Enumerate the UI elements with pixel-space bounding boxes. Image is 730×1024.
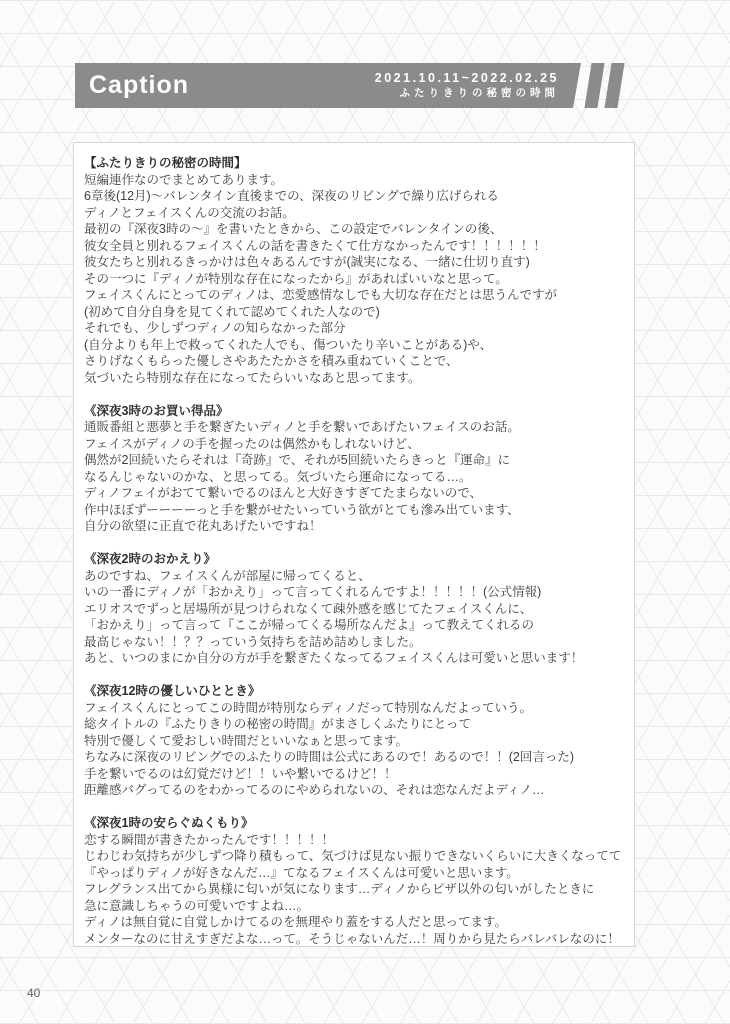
text-line: 通販番組と悪夢と手を繋ぎたいディノと手を繋いであげたいフェイスのお話。: [84, 419, 630, 436]
text-line: さりげなくもらった優しさやあたたかさを積み重ねていくことで、: [84, 353, 630, 370]
page-title: Caption: [75, 71, 189, 100]
text-line: 彼女たちと別れるきっかけは色々あるんですが(誠実になる、一緒に仕切り直す): [84, 254, 630, 271]
header-band-bar: Caption 2021.10.11~2022.02.25 ふたりきりの秘密の時…: [75, 63, 581, 108]
header-meta: 2021.10.11~2022.02.25 ふたりきりの秘密の時間: [375, 63, 559, 108]
page-number: 40: [27, 986, 40, 1000]
text-line: メンターなのに甘えすぎだよな…って。そうじゃないんだ…！周りから見たらバレバレな…: [84, 931, 630, 948]
caption-section: 【ふたりきりの秘密の時間】短編連作なのでまとめてあります。6章後(12月)〜バレ…: [84, 155, 630, 386]
text-line: フェイスがディノの手を握ったのは偶然かもしれないけど、: [84, 436, 630, 453]
text-line: それでも、少しずつディノの知らなかった部分: [84, 320, 630, 337]
text-line: 特別で優しくて愛おしい時間だといいなぁと思ってます。: [84, 733, 630, 750]
caption-section: 《深夜1時の安らぐぬくもり》恋する瞬間が書きたかったんです！！！！！じわじわ気持…: [84, 815, 630, 947]
caption-section: 《深夜3時のお買い得品》通販番組と悪夢と手を繋ぎたいディノと手を繋いであげたいフ…: [84, 403, 630, 535]
text-line: フレグランス出てから異様に匂いが気になります…ディノからピザ以外の匂いがしたとき…: [84, 881, 630, 898]
text-line: 恋する瞬間が書きたかったんです！！！！！: [84, 832, 630, 849]
text-line: 「おかえり」って言って『ここが帰ってくる場所なんだよ』って教えてくれるの: [84, 617, 630, 634]
text-line: その一つに『ディノが特別な存在になったから』があればいいなと思って。: [84, 271, 630, 288]
text-line: 6章後(12月)〜バレンタイン直後までの、深夜のリビングで繰り広げられる: [84, 188, 630, 205]
text-line: 『やっぱりディノが好きなんだ…』てなるフェイスくんは可愛いと思います。: [84, 865, 630, 882]
text-line: フェイスくんにとってこの時間が特別ならディノだって特別なんだよっていう。: [84, 700, 630, 717]
text-line: 手を繋いでるのは幻覚だけど！！いや繋いでるけど！！: [84, 766, 630, 783]
section-heading: 【ふたりきりの秘密の時間】: [84, 155, 630, 172]
text-line: じわじわ気持ちが少しずつ降り積もって、気づけば見ない振りできないくらいに大きくな…: [84, 848, 630, 865]
caption-section: 《深夜2時のおかえり》あのですね、フェイスくんが部屋に帰ってくると、いの一番にデ…: [84, 551, 630, 667]
text-line: ディノは無自覚に自覚しかけてるのを無理やり蓋をする人だと思ってます。: [84, 914, 630, 931]
decorative-slash-stripe: [584, 63, 604, 108]
text-line: 距離感バグってるのをわかってるのにやめられないの、それは恋なんだよディノ…: [84, 782, 630, 799]
section-heading: 《深夜3時のお買い得品》: [84, 403, 630, 420]
section-heading: 《深夜1時の安らぐぬくもり》: [84, 815, 630, 832]
header-subtitle: ふたりきりの秘密の時間: [400, 86, 560, 101]
text-line: エリオスでずっと居場所が見つけられなくて疎外感を感じてたフェイスくんに、: [84, 601, 630, 618]
text-line: 気づいたら特別な存在になってたらいいなあと思ってます。: [84, 370, 630, 387]
text-line: 総タイトルの『ふたりきりの秘密の時間』がまさしくふたりにとって: [84, 716, 630, 733]
text-line: 偶然が2回続いたらそれは『奇跡』で、それが5回続いたらきっと『運命』に: [84, 452, 630, 469]
text-line: 最初の『深夜3時の〜』を書いたときから、この設定でバレンタインの後、: [84, 221, 630, 238]
decorative-slash-stripe: [604, 63, 624, 108]
text-line: ディノフェイがおてて繋いでるのほんと大好きすぎてたまらないので、: [84, 485, 630, 502]
text-line: 自分の欲望に正直で花丸あげたいですね！: [84, 518, 630, 535]
text-line: 作中ほぼずーーーーっと手を繋がせたいっていう欲がとても滲み出ています、: [84, 502, 630, 519]
text-line: 最高じゃない！！？？っていう気持ちを詰め詰めしました。: [84, 634, 630, 651]
caption-section: 《深夜12時の優しいひととき》フェイスくんにとってこの時間が特別ならディノだって…: [84, 683, 630, 799]
text-line: あのですね、フェイスくんが部屋に帰ってくると、: [84, 568, 630, 585]
text-line: (初めて自分自身を見てくれて認めてくれた人なので): [84, 304, 630, 321]
text-line: なるんじゃないのかな、と思ってる。気づいたら運命になってる…。: [84, 469, 630, 486]
page-background: Caption 2021.10.11~2022.02.25 ふたりきりの秘密の時…: [0, 0, 730, 1024]
section-heading: 《深夜2時のおかえり》: [84, 551, 630, 568]
text-line: ちなみに深夜のリビングでのふたりの時間は公式にあるので！あるので！！(2回言った…: [84, 749, 630, 766]
section-heading: 《深夜12時の優しいひととき》: [84, 683, 630, 700]
header-date-range: 2021.10.11~2022.02.25: [375, 70, 559, 86]
text-line: 短編連作なのでまとめてあります。: [84, 172, 630, 189]
text-line: 彼女全員と別れるフェイスくんの話を書きたくて仕方なかったんです！！！！！！: [84, 238, 630, 255]
text-line: いの一番にディノが「おかえり」って言ってくれるんですよ！！！！！(公式情報): [84, 584, 630, 601]
text-line: あと、いつのまにか自分の方が手を繋ぎたくなってるフェイスくんは可愛いと思います！: [84, 650, 630, 667]
caption-content-panel: 【ふたりきりの秘密の時間】短編連作なのでまとめてあります。6章後(12月)〜バレ…: [73, 142, 635, 947]
text-line: ディノとフェイスくんの交流のお話。: [84, 205, 630, 222]
text-line: 急に意識しちゃうの可愛いですよね…。: [84, 898, 630, 915]
text-line: (自分よりも年上で救ってくれた人でも、傷ついたり辛いことがある)や、: [84, 337, 630, 354]
text-line: フェイスくんにとってのディノは、恋愛感情なしでも大切な存在だとは思うんですが: [84, 287, 630, 304]
